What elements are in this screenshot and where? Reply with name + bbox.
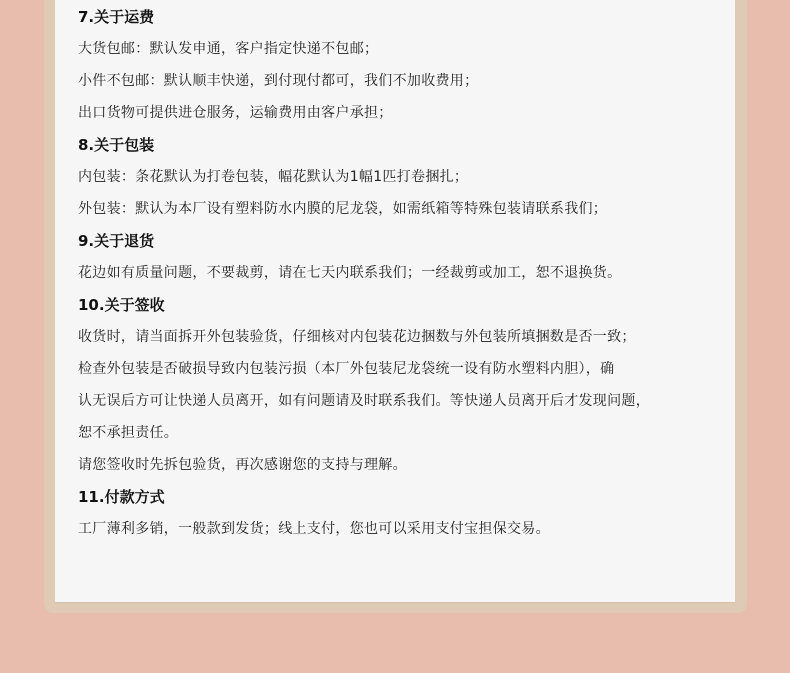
policy-line: 大货包邮：默认发申通，客户指定快递不包邮； [78, 37, 728, 69]
section-title: 9.关于退货 [78, 229, 728, 261]
policy-line: 收货时，请当面拆开外包装验货，仔细核对内包装花边捆数与外包装所填捆数是否一致； [78, 325, 728, 357]
policy-line: 请您签收时先拆包验货，再次感谢您的支持与理解。 [78, 453, 728, 485]
section-title: 8.关于包装 [78, 133, 728, 165]
section-payment: 11.付款方式 工厂薄利多销，一般款到发货；线上支付，您也可以采用支付宝担保交易… [78, 485, 728, 549]
section-title: 10.关于签收 [78, 293, 728, 325]
section-title: 7.关于运费 [78, 5, 728, 37]
policy-line: 小件不包邮：默认顺丰快递，到付现付都可，我们不加收费用； [78, 69, 728, 101]
policy-line: 检查外包装是否破损导致内包装污损（本厂外包装尼龙袋统一设有防水塑料内胆），确 [78, 357, 728, 389]
policy-line: 工厂薄利多销，一般款到发货；线上支付，您也可以采用支付宝担保交易。 [78, 517, 728, 549]
section-title: 11.付款方式 [78, 485, 728, 517]
policy-line: 外包装：默认为本厂设有塑料防水内膜的尼龙袋，如需纸箱等特殊包装请联系我们； [78, 197, 728, 229]
policy-document: 7.关于运费 大货包邮：默认发申通，客户指定快递不包邮； 小件不包邮：默认顺丰快… [78, 5, 728, 549]
policy-line: 出口货物可提供进仓服务，运输费用由客户承担； [78, 101, 728, 133]
policy-line: 认无误后方可让快递人员离开，如有问题请及时联系我们。等快递人员离开后才发现问题， [78, 389, 728, 421]
policy-line: 花边如有质量问题，不要裁剪，请在七天内联系我们；一经裁剪或加工，恕不退换货。 [78, 261, 728, 293]
section-receipt: 10.关于签收 收货时，请当面拆开外包装验货，仔细核对内包装花边捆数与外包装所填… [78, 293, 728, 485]
section-packaging: 8.关于包装 内包装：条花默认为打卷包装，幅花默认为1幅1匹打卷捆扎； 外包装：… [78, 133, 728, 229]
policy-line: 内包装：条花默认为打卷包装，幅花默认为1幅1匹打卷捆扎； [78, 165, 728, 197]
section-shipping: 7.关于运费 大货包邮：默认发申通，客户指定快递不包邮； 小件不包邮：默认顺丰快… [78, 5, 728, 133]
section-returns: 9.关于退货 花边如有质量问题，不要裁剪，请在七天内联系我们；一经裁剪或加工，恕… [78, 229, 728, 293]
policy-line: 恕不承担责任。 [78, 421, 728, 453]
